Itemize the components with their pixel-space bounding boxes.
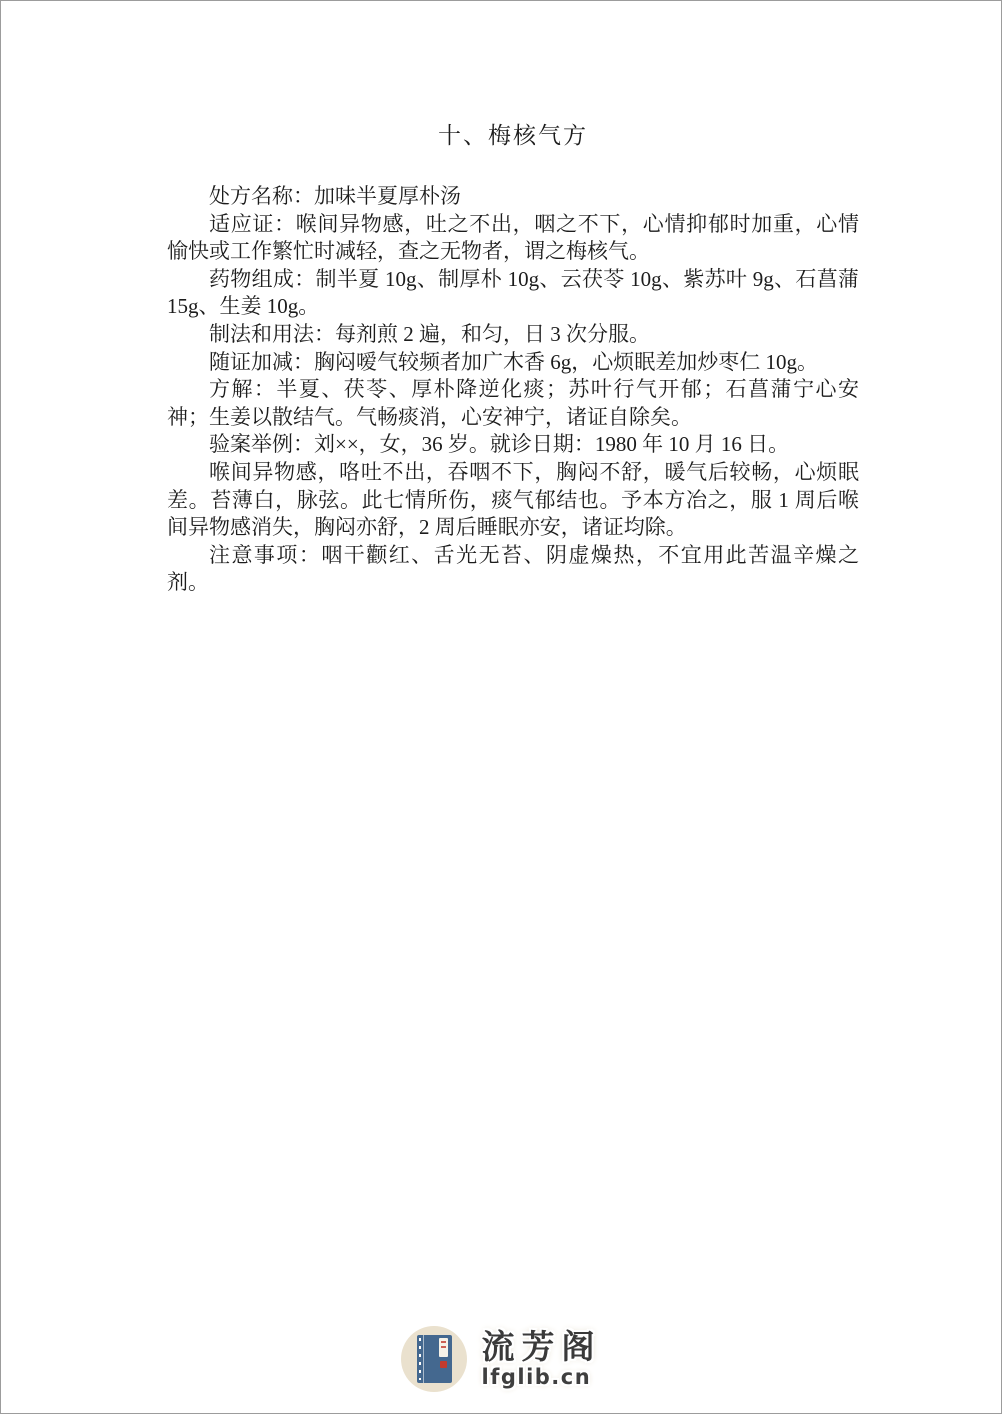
site-url: lfglib.cn [482,1367,602,1388]
logo-text: 流芳阁 lfglib.cn [482,1330,602,1388]
red-seal-icon [440,1361,447,1368]
paragraph-modifications: 随证加减：胸闷嗳气较频者加广木香 6g，心烦眠差加炒枣仁 10g。 [167,349,859,377]
paragraph-case-example: 验案举例：刘××，女，36 岁。就诊日期：1980 年 10 月 16 日。 [167,431,859,459]
paragraph-ingredients: 药物组成：制半夏 10g、制厚朴 10g、云茯苓 10g、紫苏叶 9g、石菖蒲 … [167,266,859,321]
doc-title: 十、梅核气方 [167,117,859,150]
document-page: 十、梅核气方 处方名称：加味半夏厚朴汤 适应证：喉间异物感，吐之不出，咽之不下，… [0,0,1002,1414]
paragraph-indications: 适应证：喉间异物感，吐之不出，咽之不下，心情抑郁时加重，心情愉快或工作繁忙时减轻… [167,211,859,266]
paragraph-case-details: 喉间异物感，咯吐不出，吞咽不下，胸闷不舒，暖气后较畅，心烦眠差。苔薄白，脉弦。此… [167,459,859,542]
paragraph-preparation-usage: 制法和用法：每剂煎 2 遍，和匀，日 3 次分服。 [167,321,859,349]
book-icon [417,1335,452,1383]
logo-badge [401,1326,467,1392]
paragraph-precautions: 注意事项：咽干颧红、舌光无苔、阴虚燥热，不宜用此苦温辛燥之剂。 [167,542,859,597]
document-body: 十、梅核气方 处方名称：加味半夏厚朴汤 适应证：喉间异物感，吐之不出，咽之不下，… [167,117,859,597]
book-binding-stitches [419,1338,421,1380]
book-title-label [439,1338,448,1357]
site-name: 流芳阁 [482,1330,602,1363]
site-logo-watermark: 流芳阁 lfglib.cn [1,1323,1001,1395]
paragraph-formula-analysis: 方解：半夏、茯苓、厚朴降逆化痰；苏叶行气开郁；石菖蒲宁心安神；生姜以散结气。气畅… [167,376,859,431]
book-spine-line [423,1335,424,1383]
paragraph-prescription-name: 处方名称：加味半夏厚朴汤 [167,183,859,211]
